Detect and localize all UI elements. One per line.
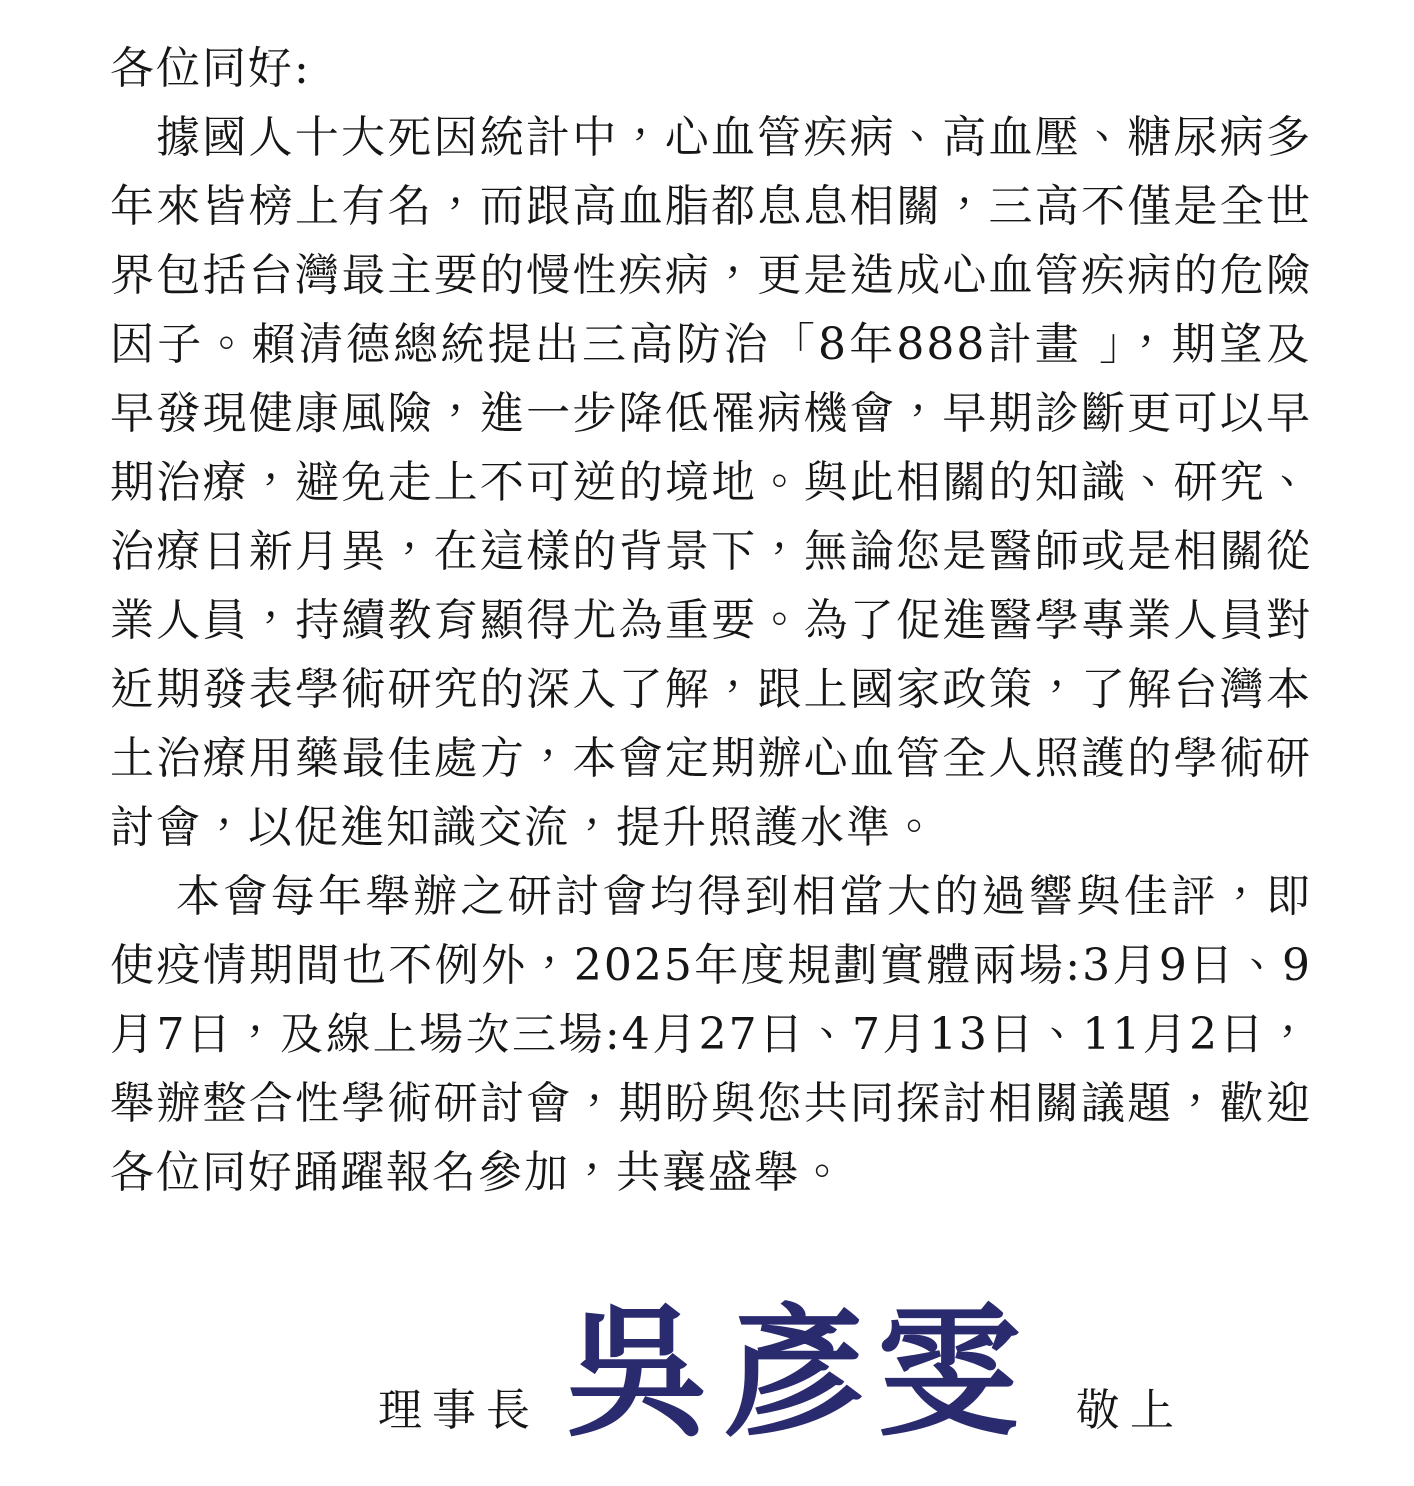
paragraph-events: 本會每年舉辦之研討會均得到相當大的過響與佳評，即使疫情期間也不例外，2025年度…	[110, 862, 1312, 1207]
salutation: 各位同好:	[110, 34, 1312, 103]
letter-page: 各位同好: 據國人十大死因統計中，心血管疾病、高血壓、糖尿病多年來皆榜上有名，而…	[0, 0, 1414, 1486]
paragraph-intro: 據國人十大死因統計中，心血管疾病、高血壓、糖尿病多年來皆榜上有名，而跟高血脂都息…	[110, 103, 1312, 862]
signature-title: 理事長	[378, 1381, 540, 1441]
signature-closing: 敬上	[1076, 1381, 1184, 1441]
signature-block: 理事長 吳彥雯 敬上	[110, 1295, 1312, 1451]
signature-name: 吳彥雯	[566, 1295, 1034, 1451]
